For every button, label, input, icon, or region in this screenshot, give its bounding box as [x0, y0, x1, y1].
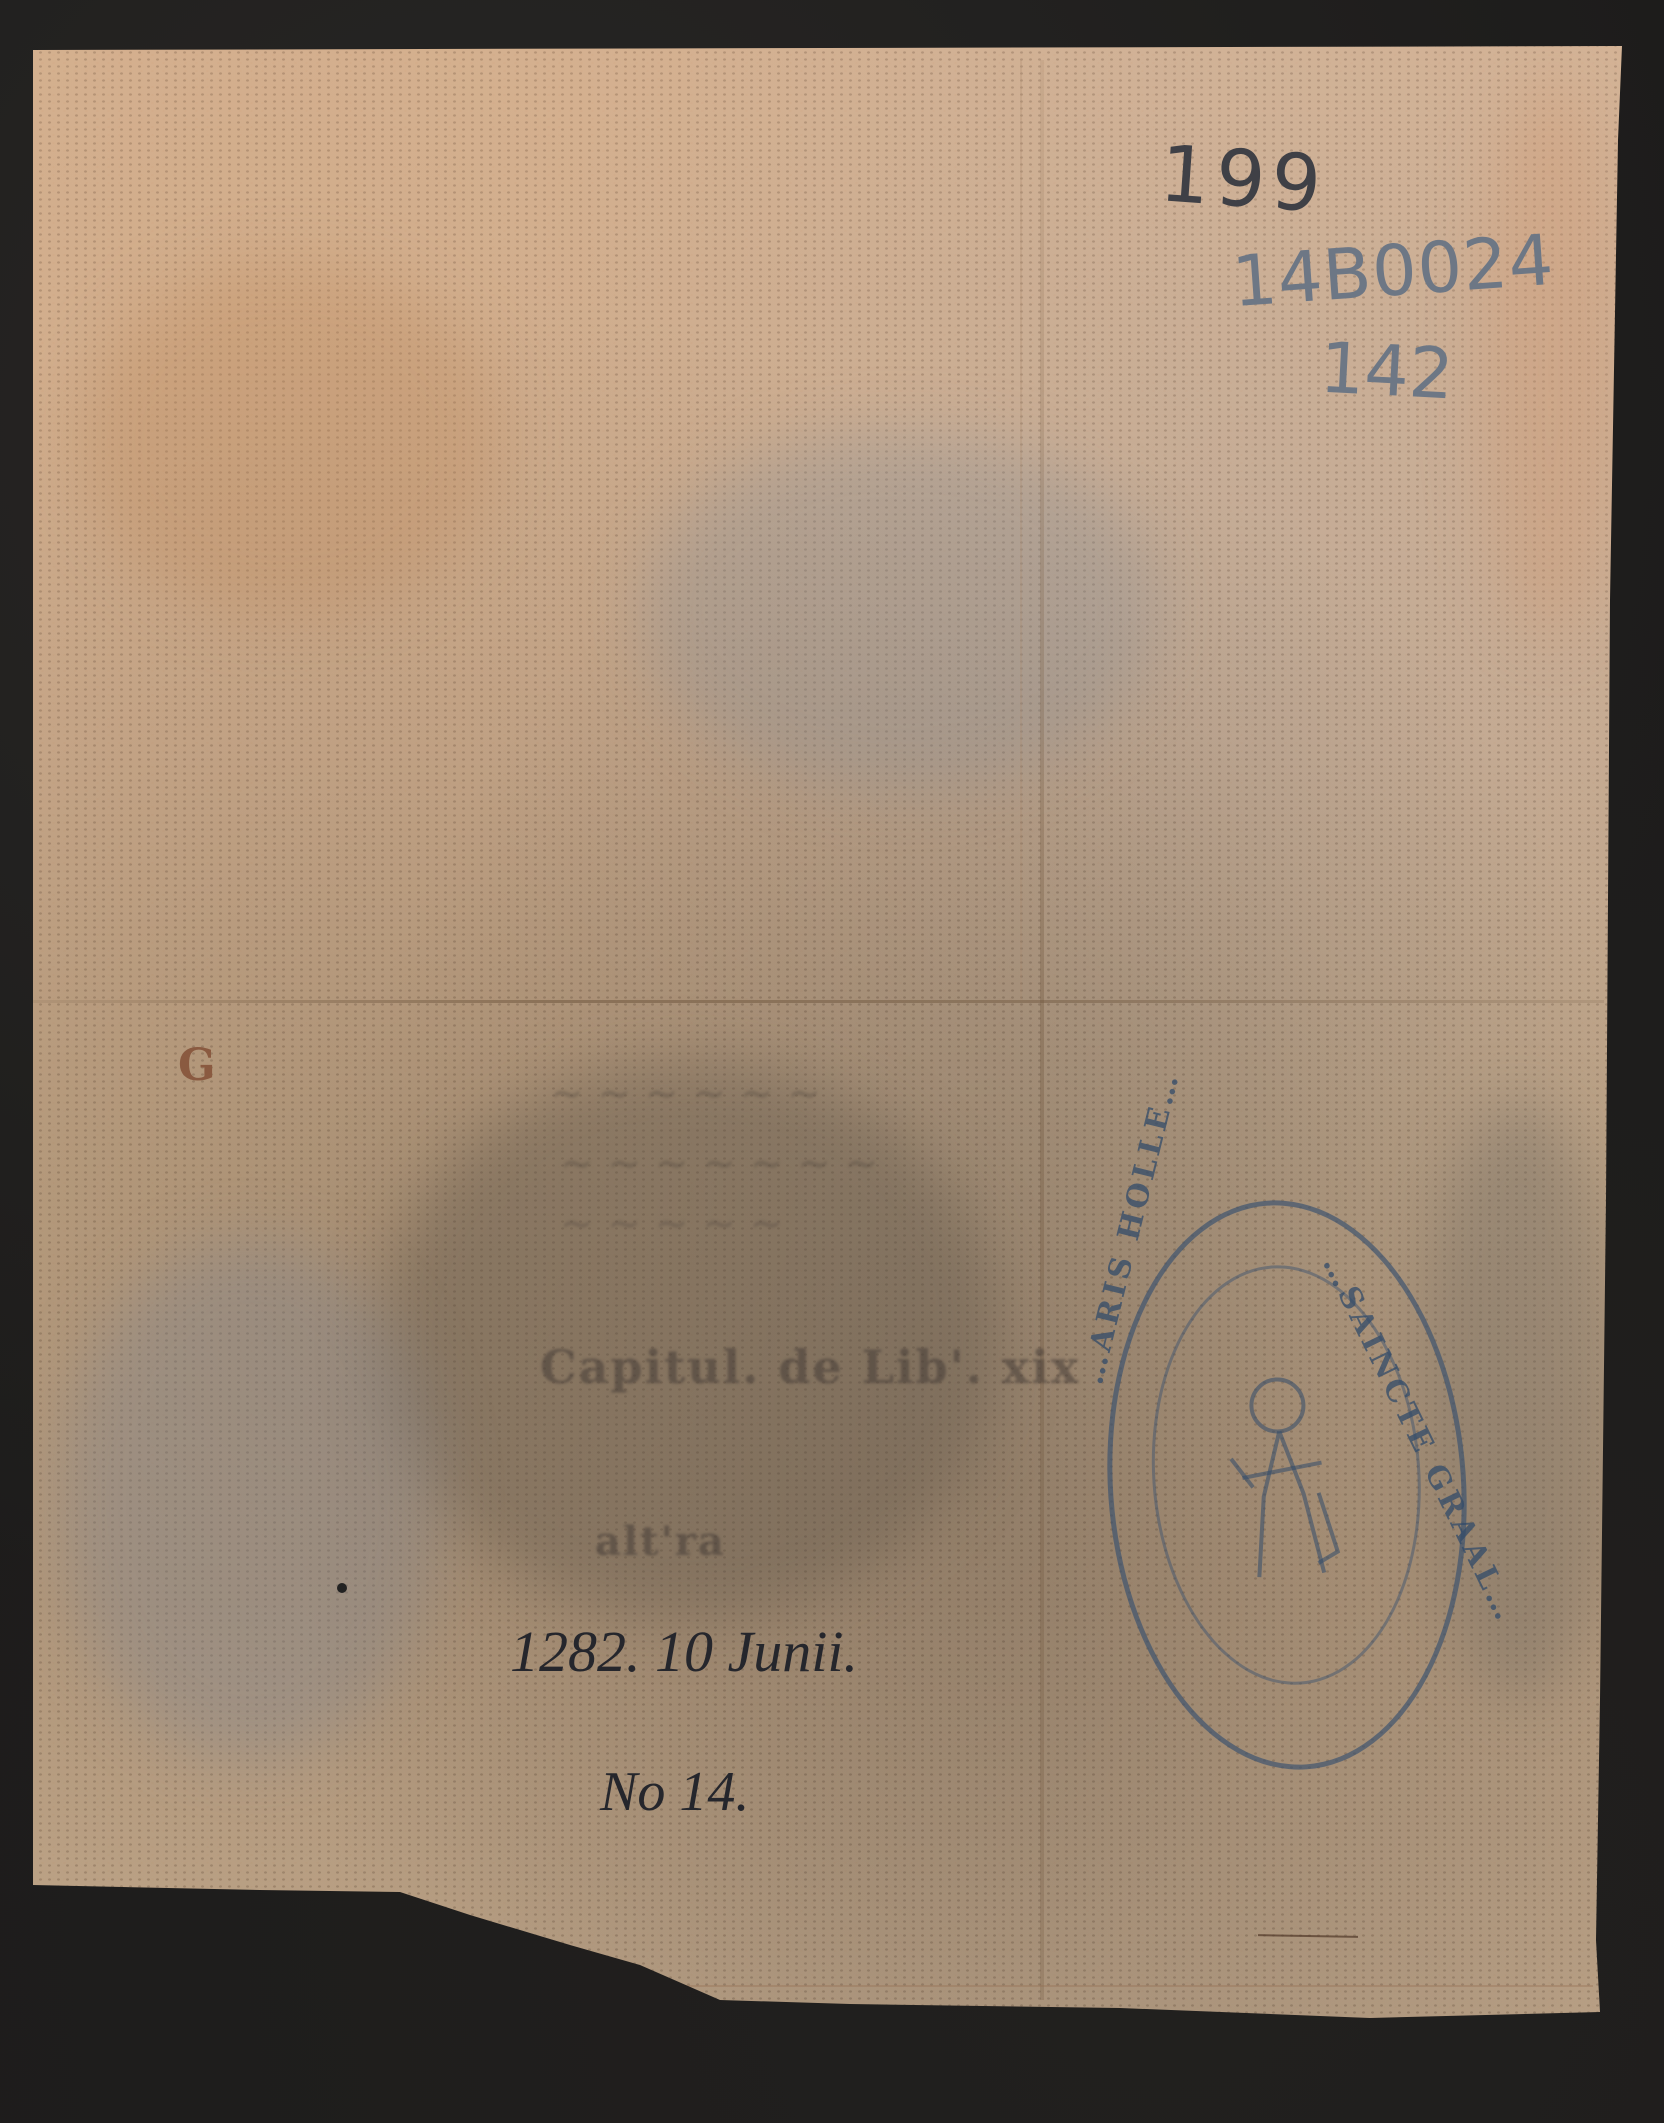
medieval-endorsement-line-1: Capitul. de Lib'. xix	[540, 1340, 1080, 1394]
parchment-sheet: 199 14B0024 142 G ~ ~ ~ ~ ~ ~ ~ ~ ~ ~ ~ …	[0, 0, 1664, 2123]
stain-blue-left	[60, 1240, 440, 1760]
vertical-fold-line-upper	[1020, 60, 1022, 1000]
seal-figure-icon	[1214, 1351, 1352, 1619]
medieval-endorsement-line-2: alt'ra	[595, 1518, 726, 1565]
faded-ink-ghost-line-1: ~ ~ ~ ~ ~ ~	[550, 1070, 821, 1117]
stain-blue-upper-center	[640, 430, 1160, 790]
archival-date-note: 1282. 10 Junii.	[510, 1618, 858, 1685]
vertical-fold-line	[1040, 60, 1044, 2000]
ink-dot	[337, 1583, 347, 1593]
archival-number-note: No 14.	[600, 1760, 749, 1824]
faded-ink-ghost-line-2: ~ ~ ~ ~ ~ ~ ~	[560, 1140, 878, 1187]
initial-mark-g: G	[178, 1040, 216, 1091]
stain-orange-top-right	[1480, 80, 1620, 640]
blue-pencil-shelfmark-2: 142	[1318, 327, 1456, 416]
faded-ink-ghost-line-3: ~ ~ ~ ~ ~	[560, 1200, 783, 1247]
horizontal-fold-line	[33, 1000, 1604, 1003]
stain-upper-left	[80, 260, 500, 620]
pencil-shelfmark: 199	[1157, 129, 1330, 230]
